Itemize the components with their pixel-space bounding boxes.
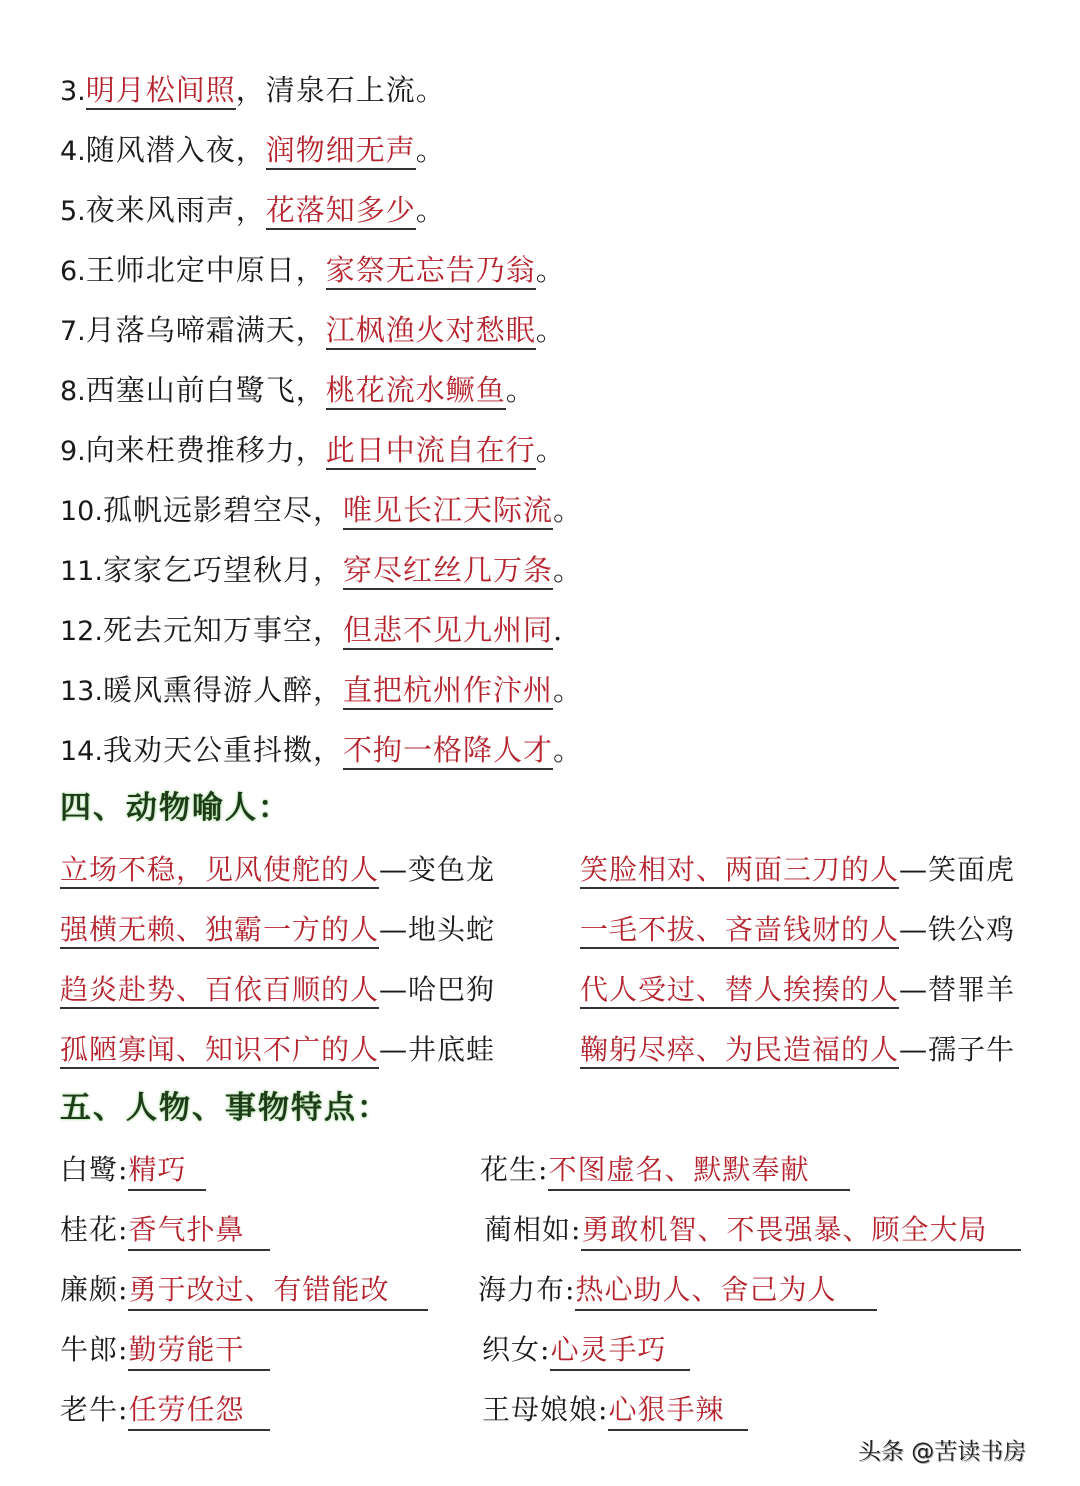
list-item: 牛郎:勤劳能干: [60, 1332, 270, 1371]
list-item: 一毛不拔、吝啬钱财的人—铁公鸡: [580, 912, 1015, 948]
list-item: 笑脸相对、两面三刀的人—笑面虎: [580, 852, 1015, 888]
list-item: 白鹭:精巧: [60, 1152, 206, 1191]
poem-line-5: 5.夜来风雨声，花落知多少。: [60, 192, 446, 230]
list-item: 代人受过、替人挨揍的人—替罪羊: [580, 972, 1015, 1008]
list-item: 廉颇:勇于改过、有错能改: [60, 1272, 428, 1311]
poem-line-7: 7.月落乌啼霜满天，江枫渔火对愁眠。: [60, 312, 566, 350]
poem-answer: 穿尽红丝几万条: [343, 553, 553, 590]
poem-line-10: 10.孤帆远影碧空尽，唯见长江天际流。: [60, 492, 583, 530]
poem-answer: 但悲不见九州同: [343, 613, 553, 650]
list-item: 立场不稳，见风使舵的人—变色龙: [60, 852, 495, 888]
poem-answer: 直把杭州作汴州: [343, 673, 553, 710]
list-item: 强横无赖、独霸一方的人—地头蛇: [60, 912, 495, 948]
poem-line-4: 4.随风潜入夜，润物细无声。: [60, 132, 446, 170]
poem-answer: 桃花流水鳜鱼: [326, 373, 506, 410]
watermark: 头条 @苦读书房: [858, 1433, 1026, 1466]
poem-answer: 此日中流自在行: [326, 433, 536, 470]
list-item: 王母娘娘:心狠手辣: [482, 1392, 748, 1431]
list-item: 织女:心灵手巧: [482, 1332, 690, 1371]
poem-answer: 家祭无忘告乃翁: [326, 253, 536, 290]
poem-answer: 不拘一格降人才: [343, 733, 553, 770]
section-heading-animals: 四、动物喻人：: [60, 788, 291, 828]
poem-answer: 花落知多少: [266, 193, 416, 230]
list-item: 花生:不图虚名、默默奉献: [480, 1152, 850, 1191]
poem-line-12: 12.死去元知万事空，但悲不见九州同.: [60, 612, 563, 650]
poem-answer: 润物细无声: [266, 133, 416, 170]
poem-line-8: 8.西塞山前白鹭飞，桃花流水鳜鱼。: [60, 372, 536, 410]
poem-line-14: 14.我劝天公重抖擞，不拘一格降人才。: [60, 732, 583, 770]
list-item: 桂花:香气扑鼻: [60, 1212, 270, 1251]
list-item: 老牛:任劳任怨: [60, 1392, 270, 1431]
poem-line-9: 9.向来枉费推移力，此日中流自在行。: [60, 432, 566, 470]
list-item: 鞠躬尽瘁、为民造福的人—孺子牛: [580, 1032, 1015, 1068]
list-item: 趋炎赴势、百依百顺的人—哈巴狗: [60, 972, 495, 1008]
poem-line-11: 11.家家乞巧望秋月，穿尽红丝几万条。: [60, 552, 583, 590]
poem-answer: 江枫渔火对愁眠: [326, 313, 536, 350]
poem-answer: 明月松间照: [86, 73, 236, 110]
poem-line-13: 13.暖风熏得游人醉，直把杭州作汴州。: [60, 672, 583, 710]
section-heading-traits: 五、人物、事物特点：: [60, 1088, 390, 1128]
poem-answer: 唯见长江天际流: [343, 493, 553, 530]
list-item: 蔺相如:勇敢机智、不畏强暴、顾全大局: [484, 1212, 1021, 1251]
list-item: 孤陋寡闻、知识不广的人—井底蛙: [60, 1032, 495, 1068]
poem-line-3: 3.明月松间照，清泉石上流。: [60, 72, 446, 110]
list-item: 海力布:热心助人、舍己为人: [478, 1272, 877, 1311]
poem-line-6: 6.王师北定中原日，家祭无忘告乃翁。: [60, 252, 566, 290]
